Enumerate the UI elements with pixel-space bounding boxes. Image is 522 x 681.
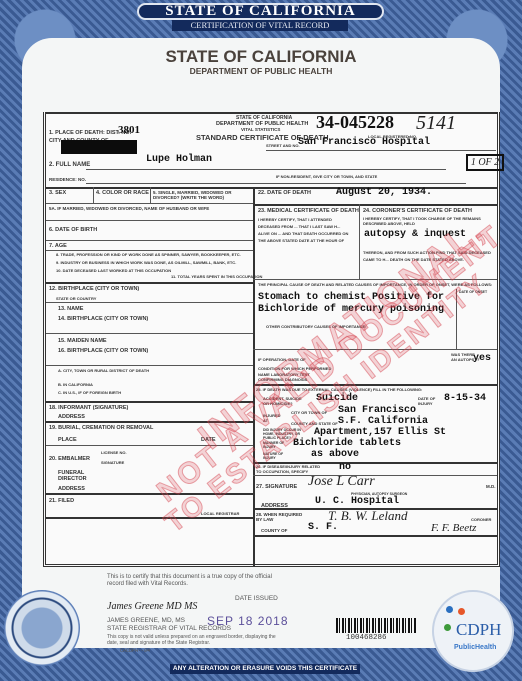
validity-text: This copy is not valid unless prepared o… <box>107 634 282 646</box>
agency-division: VITAL STATISTICS <box>241 127 280 132</box>
injury-date-label: DATE OF INJURY <box>418 396 442 406</box>
coroner-cert-label: 24. CORONER'S CERTIFICATE OF DEATH <box>363 208 472 214</box>
funeral-director-label: FUNERAL DIRECTOR <box>58 470 98 482</box>
embalmer-label: 20. EMBALMER <box>49 456 90 462</box>
sex-label: 3. SEX <box>49 190 66 196</box>
residence-label: RESIDENCE: NO. <box>49 177 86 182</box>
funeral-address-label: ADDRESS <box>58 486 85 492</box>
date-issued-stamp: SEP 18 2018 <box>207 614 289 628</box>
medical-cert-label: 23. MEDICAL CERTIFICATE OF DEATH <box>258 208 359 214</box>
residence-length-c: C. IN U.S., IF OF FOREIGN BIRTH <box>58 390 121 395</box>
manner-injury: Bichloride tablets <box>293 438 401 449</box>
great-seal-icon <box>4 590 80 666</box>
alteration-warning: ANY ALTERATION OR ERASURE VOIDS THIS CER… <box>170 664 360 674</box>
injury-date: 8-15-34 <box>444 393 486 404</box>
page-title: STATE OF CALIFORNIA <box>0 47 522 67</box>
deputy-signature: F. F. Beetz <box>431 522 476 534</box>
age-label: 7. AGE <box>49 243 67 249</box>
marital-status-label: 5. SINGLE, MARRIED, WIDOWED OR DIVORCED?… <box>153 190 253 200</box>
informant-label: 18. INFORMANT (SIGNATURE) <box>49 405 128 411</box>
burial-place-label: PLACE <box>58 437 77 443</box>
physician-address: U. C. Hospital <box>315 496 399 507</box>
cdph-logo-text: CDPH <box>456 620 501 640</box>
barcode-number: 100468286 <box>346 634 387 642</box>
autopsy-value: yes <box>473 353 491 364</box>
redacted-block <box>61 140 137 154</box>
signature-27-label: 27. SIGNATURE <box>256 484 297 490</box>
residence-length-a: A. CITY, TOWN OR RURAL DISTRICT OF DEATH <box>58 368 149 373</box>
coroner-signature: T. B. W. Leland <box>328 508 407 524</box>
injury-county-state: S.F. California <box>338 416 428 427</box>
district-number: 3801 <box>118 124 140 136</box>
date-of-death-value: August 20, 1934. <box>336 187 432 198</box>
trade-label: 8. TRADE, PROFESSION OR KIND OF WORK DON… <box>56 252 241 257</box>
county-of-label: COUNTY OF <box>261 528 287 533</box>
place-of-death-street: San Francisco Hospital <box>298 137 430 148</box>
cdph-logo: CDPH PublicHealth <box>432 590 514 672</box>
birthplace-label: 12. BIRTHPLACE (CITY OR TOWN) <box>49 286 139 292</box>
cdph-figure-blue-icon <box>446 606 453 613</box>
spouse-label: 5A. IF MARRIED, WIDOWED OR DIVORCED, NAM… <box>49 206 209 211</box>
date-of-birth-label: 6. DATE OF BIRTH <box>49 227 97 233</box>
state-banner: STATE OF CALIFORNIA <box>137 3 384 20</box>
industry-label: 9. INDUSTRY OR BUSINESS IN WHICH WORK WA… <box>56 260 236 265</box>
nature-injury: as above <box>311 449 359 460</box>
occupation-related: no <box>339 462 351 473</box>
full-name-value: Lupe Holman <box>146 154 212 165</box>
injury-place: Apartment,157 Ellis St <box>314 427 446 438</box>
last-worked-label: 10. DATE DECEASED LAST WORKED AT THIS OC… <box>56 268 171 273</box>
street-label: STREET AND NO. <box>266 143 300 148</box>
father-name-label: 13. NAME <box>58 306 83 312</box>
full-name-label: 2. FULL NAME <box>49 162 90 168</box>
date-of-death-label: 22. DATE OF DEATH <box>258 190 311 196</box>
total-years-label: 11. TOTAL YEARS SPENT IN THIS OCCUPATION <box>171 274 262 279</box>
informant-address-label: ADDRESS <box>58 414 85 420</box>
md-label: M.D. <box>486 484 496 489</box>
department-title: DEPARTMENT OF PUBLIC HEALTH <box>0 66 522 76</box>
cdph-figure-green-icon <box>444 624 451 631</box>
page-marker: 1 OF 2 <box>466 154 504 171</box>
medical-cert-text: I HEREBY CERTIFY, THAT I ATTENDED DECEAS… <box>258 216 353 244</box>
physician-signature: Jose L Carr <box>308 474 375 490</box>
certify-text: This is to certify that this document is… <box>107 574 277 588</box>
embalmer-signature-label: SIGNATURE <box>101 460 124 465</box>
local-registered-number: 5141 <box>416 112 456 135</box>
registrar-name: JAMES GREENE, MD, MS <box>107 617 185 624</box>
barcode <box>336 618 416 633</box>
license-label: LICENSE NO. <box>101 450 127 455</box>
when-required-label: 28. WHEN REQUIRED BY LAW <box>256 512 306 522</box>
maiden-name-label: 15. MAIDEN NAME <box>58 338 107 344</box>
certificate-number: 34-045228 <box>316 112 394 133</box>
death-certificate-form: STATE OF CALIFORNIA DEPARTMENT OF PUBLIC… <box>43 112 500 567</box>
residence-length-b: B. IN CALIFORNIA <box>58 382 93 387</box>
mother-birthplace-label: 16. BIRTHPLACE (CITY OR TOWN) <box>58 348 148 354</box>
form-code: CACDPH--04 <box>120 648 150 654</box>
registrar-signature: James Greene MD MS <box>107 601 197 612</box>
color-race-label: 4. COLOR OR RACE <box>96 190 149 196</box>
cdph-figure-orange-icon <box>458 608 465 615</box>
date-issued-label: DATE ISSUED <box>235 595 278 602</box>
certification-banner: CERTIFICATION OF VITAL RECORD <box>172 20 348 31</box>
nonresident-label: IF NON-RESIDENT, GIVE CITY OR TOWN, AND … <box>276 174 377 179</box>
filed-label: 21. FILED <box>49 498 74 504</box>
state-country-label: STATE OR COUNTRY <box>56 296 96 301</box>
county-of-value: S. F. <box>308 522 338 533</box>
burial-label: 19. BURIAL, CREMATION OR REMOVAL <box>49 425 153 431</box>
father-birthplace-label: 14. BIRTHPLACE (CITY OR TOWN) <box>58 316 148 322</box>
injury-city: San Francisco <box>338 405 416 416</box>
cdph-logo-subtext: PublicHealth <box>454 644 496 651</box>
